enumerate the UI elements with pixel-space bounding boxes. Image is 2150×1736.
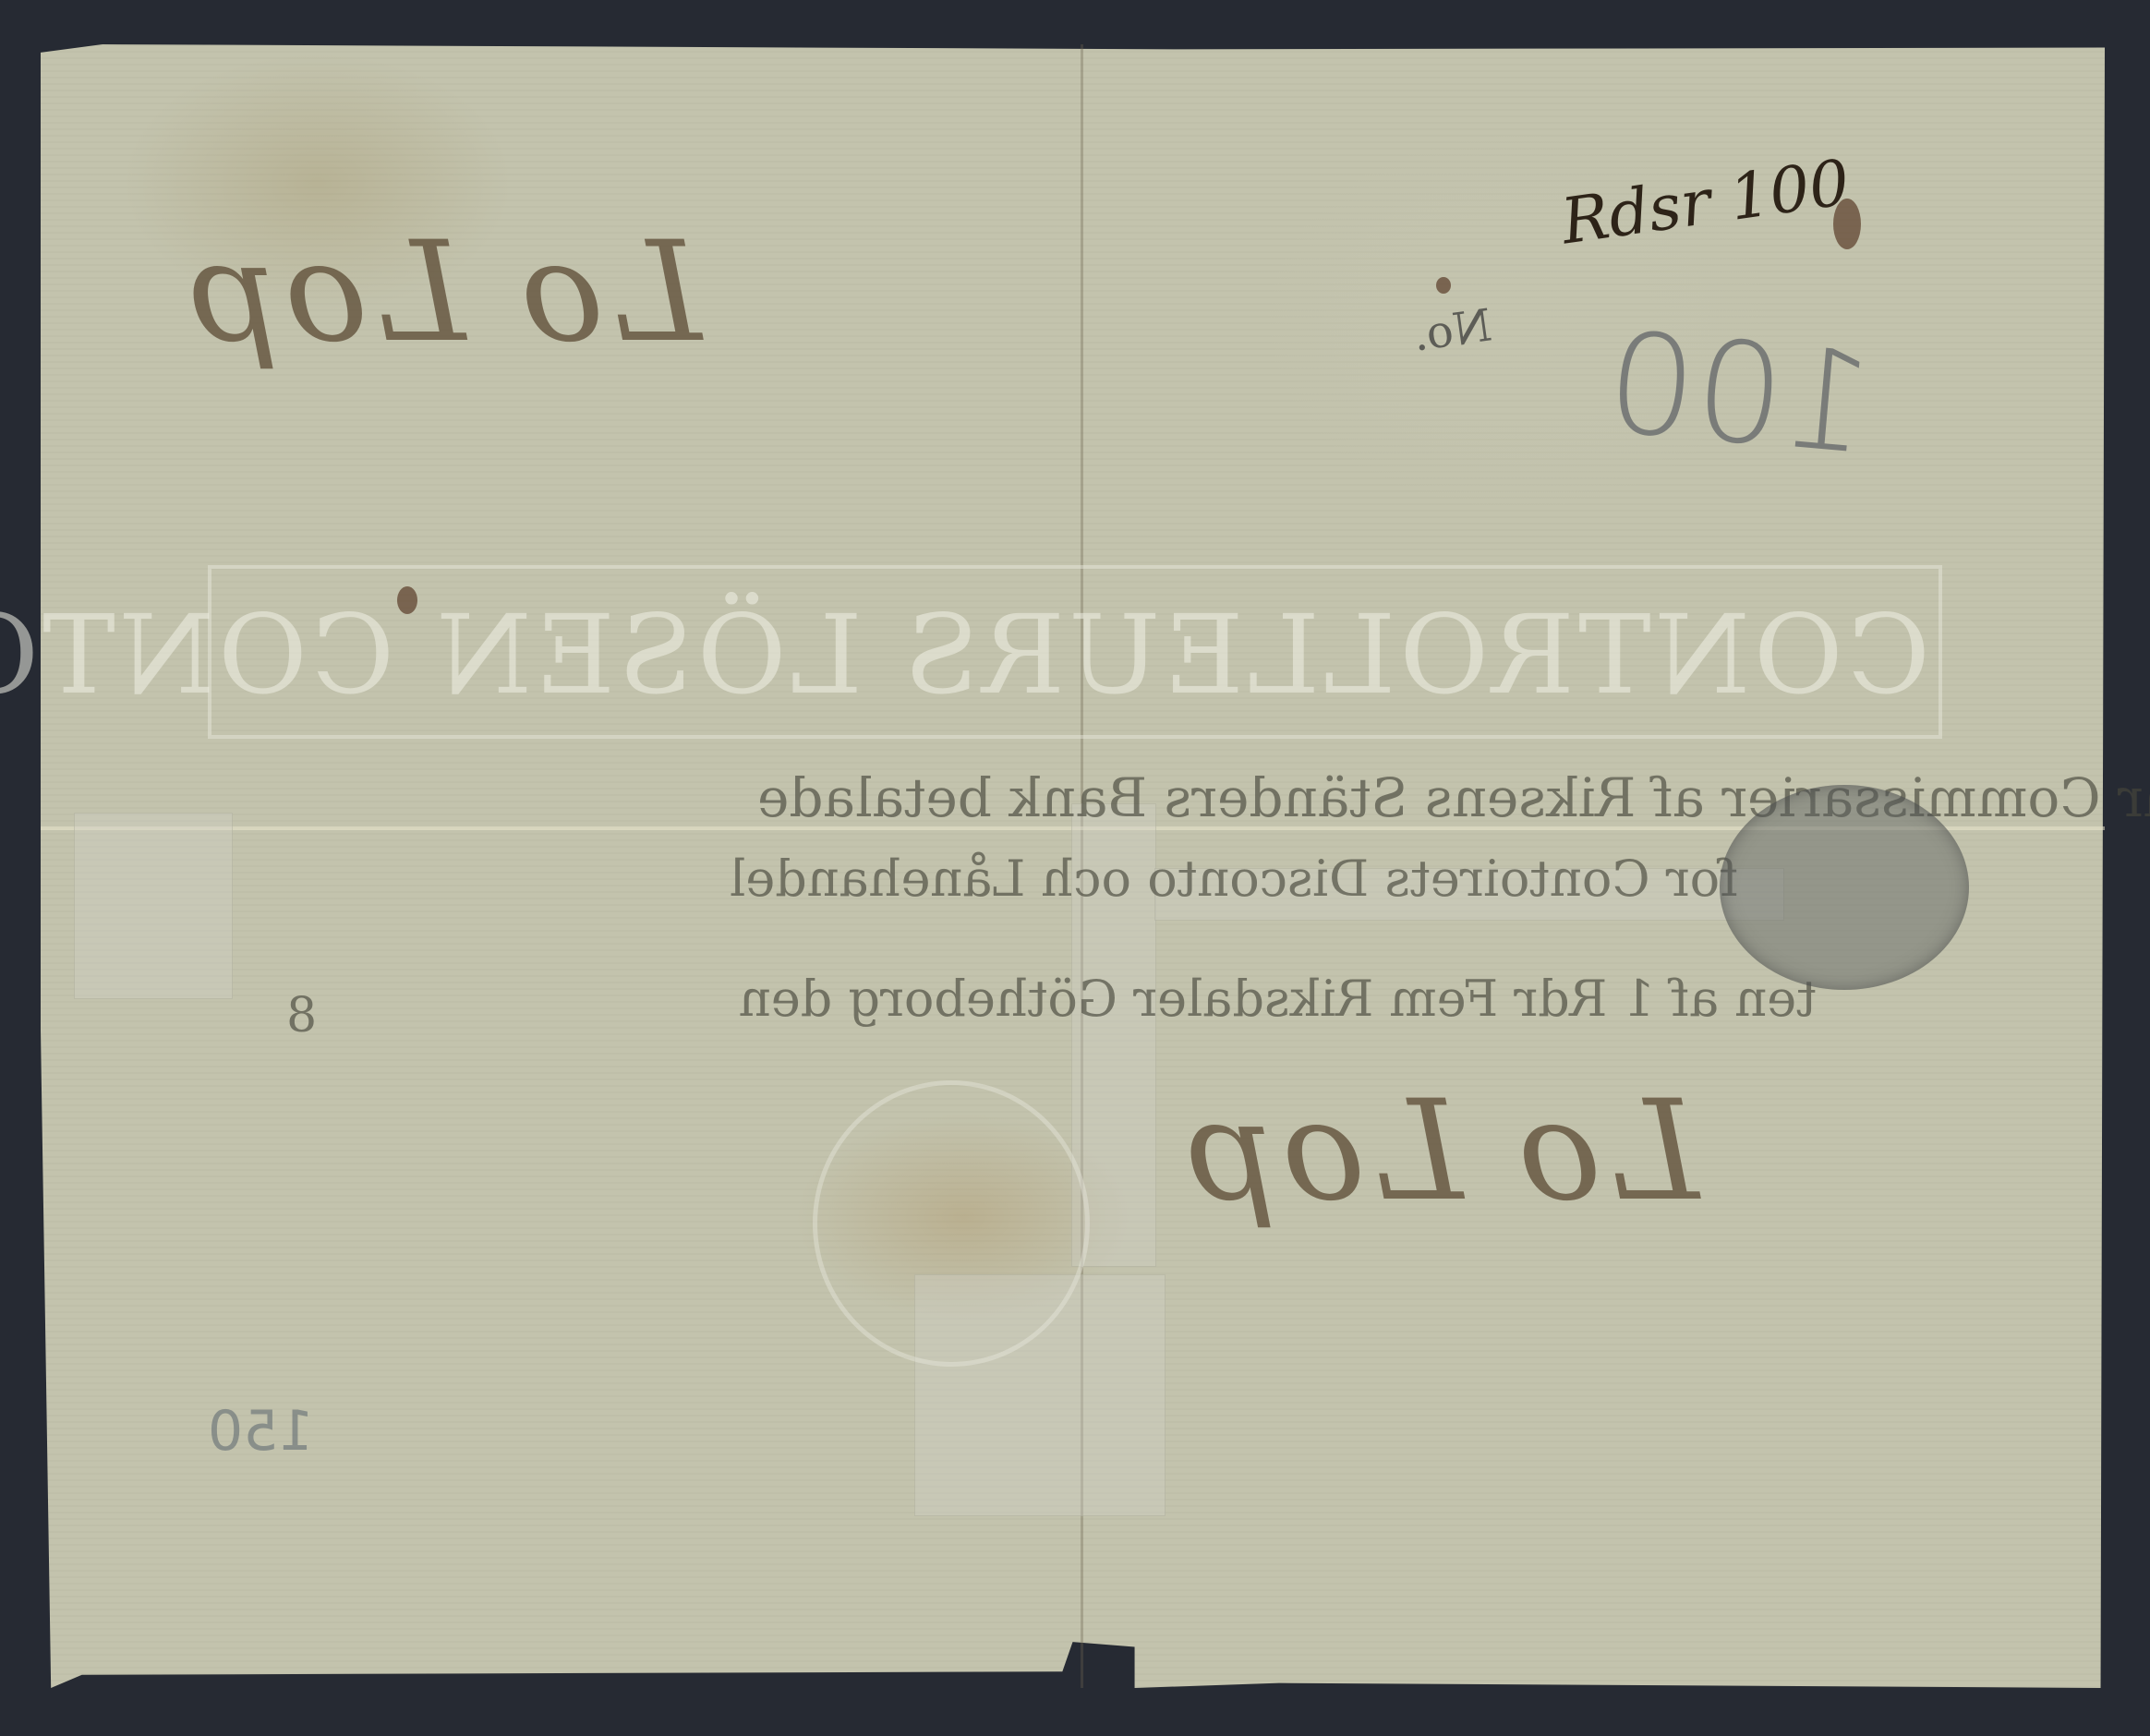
ink-signature-bottom: Lo Lop	[1182, 1071, 1699, 1232]
ink-blot	[1436, 277, 1451, 294]
show-through-numeral: 8	[286, 988, 317, 1043]
number-mark: No.	[1410, 299, 1495, 361]
pencil-numeral: 100	[1600, 303, 1878, 486]
ink-blot	[1833, 199, 1861, 249]
show-through-line-3: ten af 1 Rdr Fem Riksdaler Götheborg den	[739, 970, 1817, 1028]
blind-embossed-seal	[813, 1080, 1090, 1367]
ink-blot	[397, 586, 417, 614]
ink-signature-top: Lo Lop	[185, 212, 702, 373]
show-through-title: CONTROLLEURS LÖSEN CONTOIRET	[212, 591, 1930, 718]
stamp-seal	[1720, 785, 1969, 990]
pencil-numeral-small: 150	[208, 1399, 314, 1464]
show-through-line-2: for Contoirets Disconto och Lånehandel	[730, 850, 1738, 908]
repair-tape	[74, 813, 233, 999]
show-through-line-1: Herrar Commissarier af Riksens Ständers …	[757, 766, 2150, 829]
